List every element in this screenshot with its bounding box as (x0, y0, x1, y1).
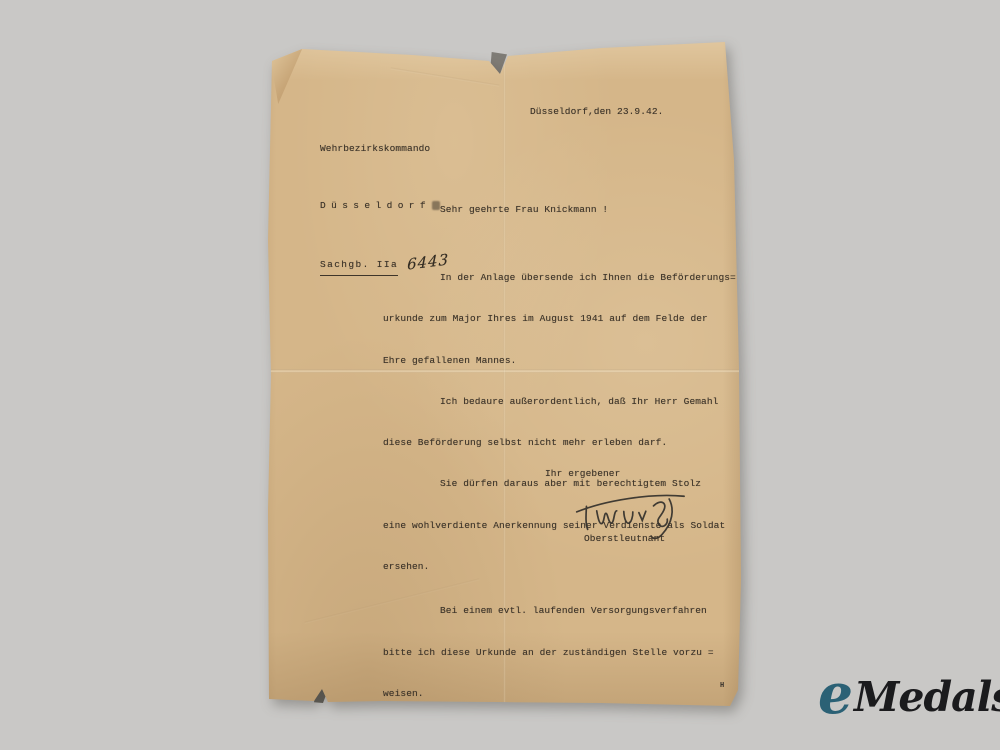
diagonal-crease-top (391, 67, 500, 86)
page-mark: H (720, 682, 724, 690)
letter-paper: Wehrbezirkskommando Düsseldorf Sachgb. I… (262, 40, 742, 712)
emedals-e-icon: e (818, 666, 853, 721)
body-line: weisen. (383, 684, 736, 703)
body-line: bitte ich diese Urkunde an der zuständig… (383, 643, 736, 662)
body-line: Ich bedaure außerordentlich, daß Ihr Her… (383, 392, 736, 411)
photo-background: Wehrbezirkskommando Düsseldorf Sachgb. I… (0, 0, 1000, 750)
dateline: Düsseldorf,den 23.9.42. (530, 106, 663, 117)
body-line: urkunde zum Major Ihres im August 1941 a… (383, 309, 736, 328)
emedals-wordmark: Medals (854, 677, 1000, 718)
body-line: ersehen. (383, 557, 736, 576)
salutation: Sehr geehrte Frau Knickmann ! (440, 204, 608, 215)
emedals-watermark: eMedals (818, 664, 1000, 719)
letter-page: Wehrbezirkskommando Düsseldorf Sachgb. I… (262, 40, 742, 712)
folded-corner (267, 47, 307, 107)
sender-line-1: Wehrbezirkskommando (320, 139, 449, 158)
signer-rank: Oberstleutnant (584, 533, 665, 544)
body-line: diese Beförderung selbst nicht mehr erle… (383, 433, 736, 452)
sender-line-2: Düsseldorf (320, 196, 449, 215)
closing-line: Ihr ergebener (545, 468, 620, 479)
body-line: Ehre gefallenen Mannes. (383, 351, 736, 370)
body-line: Bei einem evtl. laufenden Versorgungsver… (383, 601, 736, 620)
body-line: In der Anlage übersende ich Ihnen die Be… (383, 268, 736, 287)
typewriter-smudge (432, 201, 440, 210)
